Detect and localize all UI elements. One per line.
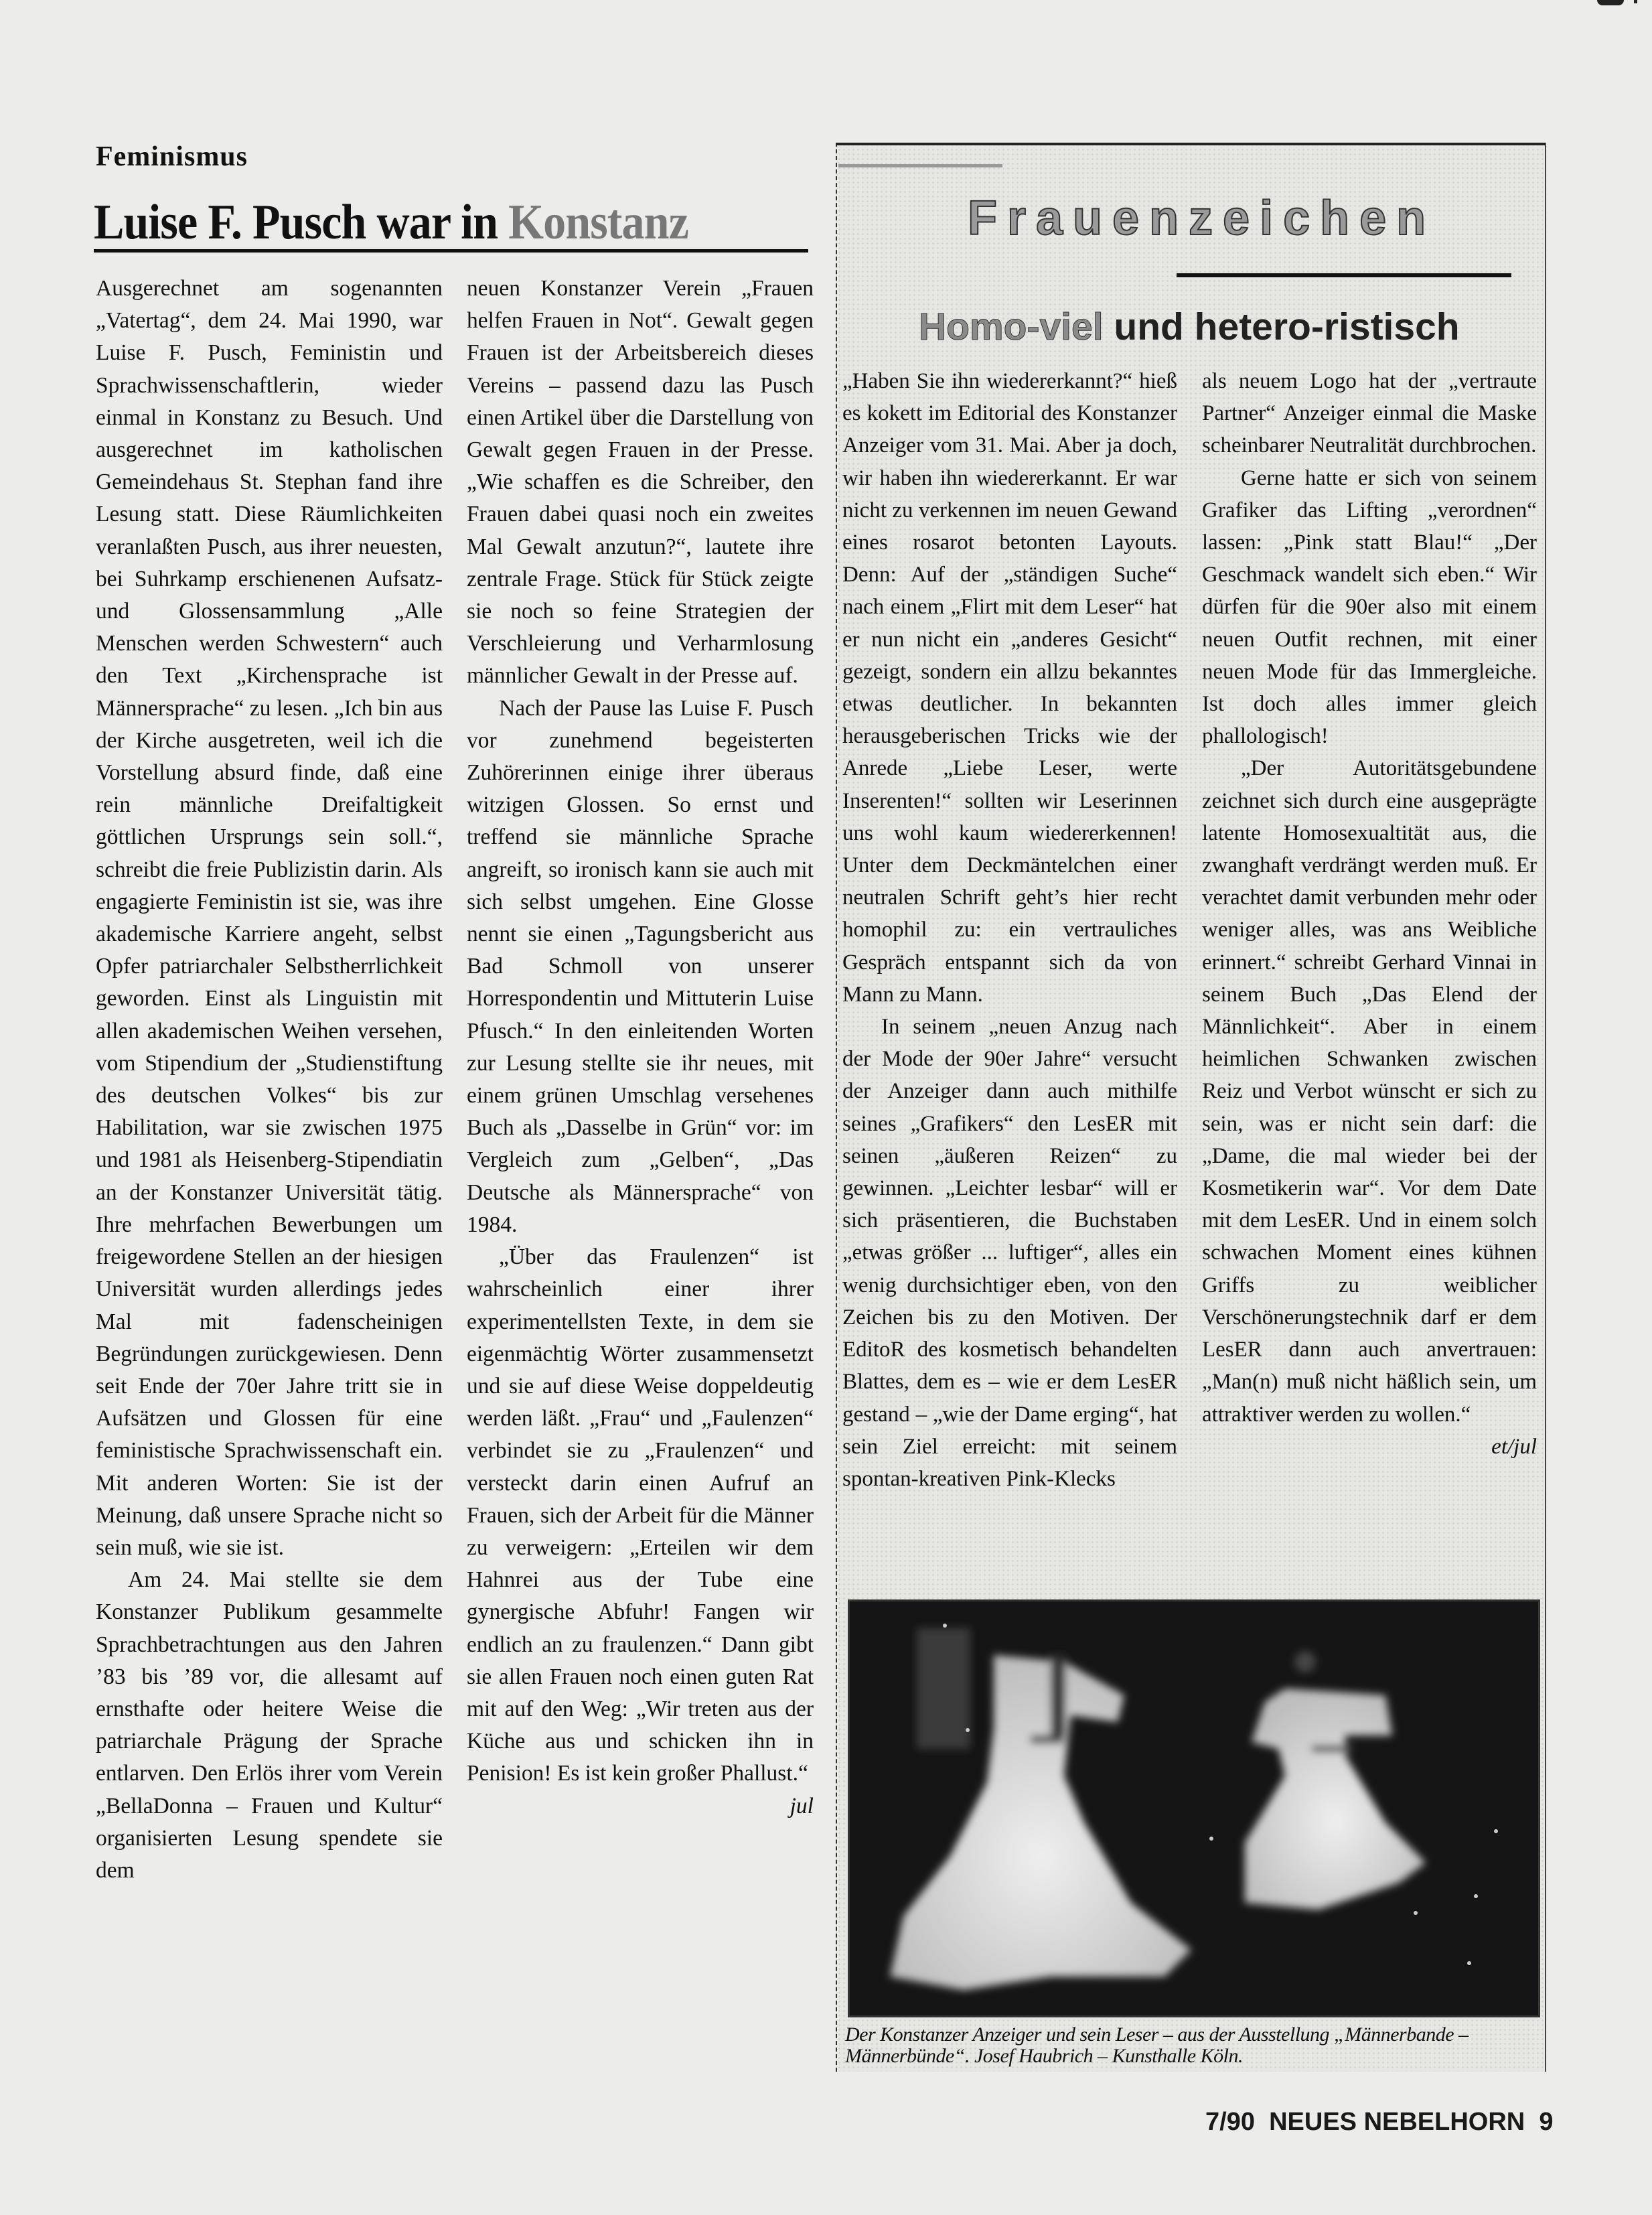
box-headline-faded: Homo-viel bbox=[919, 305, 1104, 348]
article-column-1: Ausgerechnet am sogenannten „Vatertag“, … bbox=[96, 273, 443, 1887]
section-kicker: Feminismus bbox=[96, 141, 248, 173]
box-section-title: Frauenzeichen bbox=[968, 191, 1436, 246]
paragraph: „Haben Sie ihn wiedererkannt?“ hieß es k… bbox=[842, 365, 1177, 1011]
author-signature: et/jul bbox=[1202, 1431, 1537, 1463]
box-title-rule bbox=[1177, 273, 1511, 277]
scan-artifact bbox=[1634, 0, 1637, 3]
box-top-rule bbox=[836, 143, 1545, 145]
paragraph: Nach der Pause las Luise F. Pusch vor zu… bbox=[467, 693, 814, 1241]
paragraph: In seinem „neuen Anzug nach der Mode der… bbox=[842, 1011, 1177, 1495]
paragraph: „Über das Fraulenzen“ ist wahrscheinlich… bbox=[467, 1241, 814, 1790]
paragraph: Am 24. Mai stellte sie dem Konstanzer Pu… bbox=[96, 1564, 443, 1887]
issue-number: 7/90 bbox=[1205, 2108, 1255, 2136]
author-signature: jul bbox=[467, 1790, 814, 1823]
headline-text: Luise F. Pusch war in bbox=[94, 195, 508, 250]
paragraph: als neuem Logo hat der „vertraute Partne… bbox=[1202, 365, 1537, 462]
publication-name: NEUES NEBELHORN bbox=[1269, 2108, 1525, 2136]
box-column-1: „Haben Sie ihn wiedererkannt?“ hieß es k… bbox=[842, 365, 1177, 1495]
article-headline: Luise F. Pusch war in Konstanz bbox=[94, 194, 688, 251]
box-headline-text: und hetero-ristisch bbox=[1104, 305, 1460, 348]
box-column-2: als neuem Logo hat der „vertraute Partne… bbox=[1202, 365, 1537, 1463]
headline-text-faded: Konstanz bbox=[508, 195, 688, 250]
page-footer: 7/90 NEUES NEBELHORN 9 bbox=[1205, 2108, 1554, 2137]
paragraph: neuen Konstanzer Verein „Frauen helfen F… bbox=[467, 273, 814, 693]
headline-rule bbox=[94, 249, 808, 253]
paragraph: Gerne hatte er sich von seinem Grafiker … bbox=[1202, 462, 1537, 753]
article-column-2: neuen Konstanzer Verein „Frauen helfen F… bbox=[467, 273, 814, 1823]
scan-artifact bbox=[1597, 0, 1624, 5]
box-accent-rule bbox=[838, 164, 1002, 167]
paragraph: Ausgerechnet am sogenannten „Vatertag“, … bbox=[96, 273, 443, 1564]
dancers-photo bbox=[848, 1599, 1540, 2017]
paragraph: „Der Autoritätsgebundene zeichnet sich d… bbox=[1202, 752, 1537, 1430]
page-number: 9 bbox=[1539, 2108, 1553, 2136]
box-headline: Homo-viel und hetero-ristisch bbox=[919, 305, 1460, 349]
whirling-dancers-image bbox=[850, 1601, 1538, 2015]
photo-caption: Der Konstanzer Anzeiger und sein Leser –… bbox=[845, 2024, 1542, 2067]
